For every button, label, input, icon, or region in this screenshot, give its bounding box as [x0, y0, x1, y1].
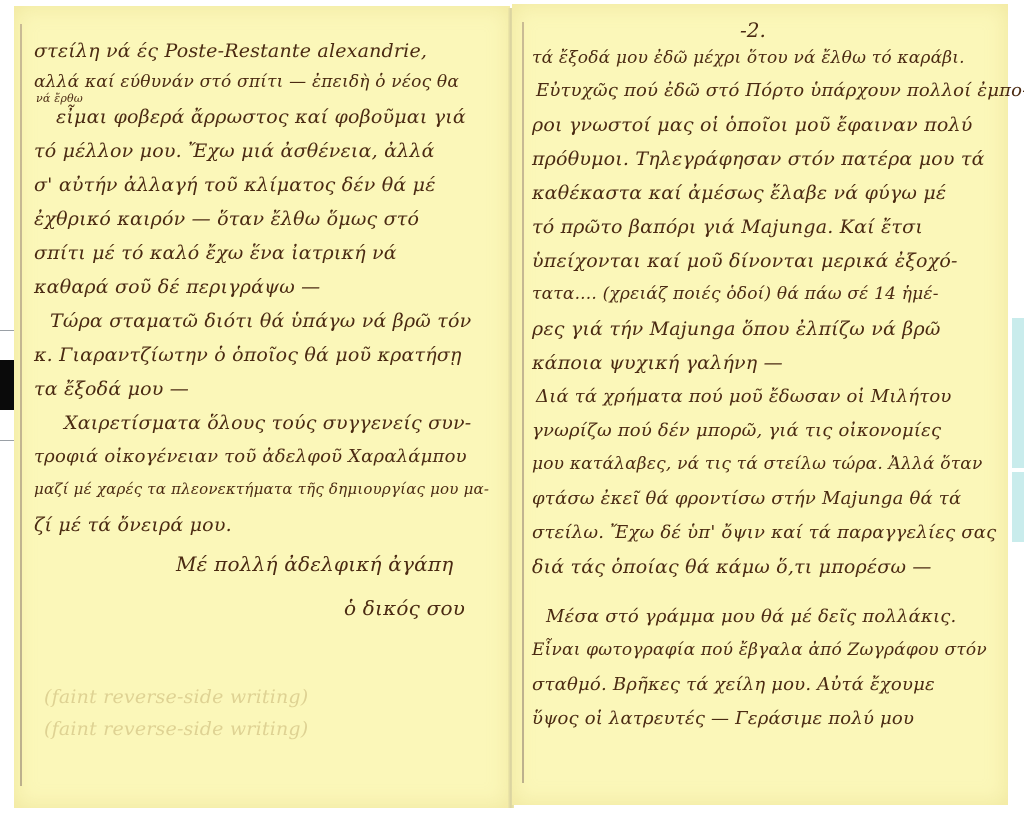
text-line: φτάσω ἐκεῖ θά φροντίσω στήν Majunga θά τ…: [532, 488, 961, 509]
text-line: εἶμαι φοβερά ἄρρωστος καί φοβοῦμαι γιά: [56, 106, 466, 128]
text-line: τατα.... (χρειάζ ποιές ὁδοί) θά πάω σέ 1…: [532, 284, 939, 304]
text-line: Διά τά χρήματα πού μοῦ ἔδωσαν οἱ Μιλήτου: [536, 386, 952, 407]
text-line: Χαιρετίσματα ὅλους τούς συγγενείς συν-: [64, 412, 471, 434]
text-line: διά τάς ὁποίας θά κάμω ὅ,τι μπορέσω —: [532, 556, 932, 578]
closing-salutation: Μέ πολλή ἀδελφική ἀγάπη: [176, 552, 453, 576]
bleed-through-text: (faint reverse-side writing): [44, 686, 308, 708]
text-line: κ. Γιαραντζίωτην ὁ ὁποῖος θά μοῦ κρατήσῃ: [34, 344, 462, 366]
text-line: σπίτι μέ τό καλό ἔχω ἕνα ἰατρική νά: [34, 242, 397, 264]
text-line: μαζί μέ χαρές τα πλεονεκτήματα τῆς δημιο…: [34, 480, 489, 498]
text-line: ὑπείχονται καί μοῦ δίνονται μερικά ἐξοχό…: [532, 250, 958, 272]
text-line: ρες γιά τήν Majunga ὅπου ἐλπίζω νά βρῶ: [532, 318, 941, 340]
text-line: ἐχθρικό καιρόν — ὅταν ἔλθω ὅμως στό: [34, 208, 419, 230]
pencil-margin-line: [20, 24, 22, 786]
text-line: στείλη νά ές Poste-Restante alexandrie,: [34, 40, 427, 62]
scanner-cyan-edge-bottom: [1012, 472, 1024, 542]
text-line: Εἶναι φωτογραφία πού ἔβγαλα ἀπό Ζωγράφου…: [532, 640, 987, 660]
bleed-through-text: (faint reverse-side writing): [44, 718, 308, 740]
letter-page-left: στείλη νά ές Poste-Restante alexandrie, …: [14, 6, 510, 808]
text-line: τα ἔξοδά μου —: [34, 378, 189, 400]
margin-annotation: νά ἔρθω: [36, 92, 83, 105]
signature: ὁ δικός σου: [344, 596, 465, 620]
scanner-cyan-edge-top: [1012, 318, 1024, 468]
text-line: ὕψος οἱ λατρευτές — Γεράσιμε πολύ μου: [532, 708, 914, 729]
text-line: κάποια ψυχική γαλήνη —: [532, 352, 783, 374]
text-line: πρόθυμοι. Τηλεγράφησαν στόν πατέρα μου τ…: [532, 148, 985, 170]
text-line: Εὐτυχῶς πού ἐδῶ στό Πόρτο ὑπάρχουν πολλο…: [536, 80, 1024, 101]
text-line: αλλά καί εύθυνάν στό σπίτι — ἐπειδὴ ὁ νέ…: [34, 72, 459, 92]
scanner-black-bar: [0, 360, 14, 410]
text-line: τό πρῶτο βαπόρι γιά Majunga. Καί ἔτσι: [532, 216, 923, 238]
text-line: ζί μέ τά ὄνειρά μου.: [34, 514, 232, 536]
text-line: τό μέλλον μου. Ἔχω μιά ἀσθένεια, ἀλλά: [34, 140, 435, 162]
text-line: σταθμό. Βρῆκες τά χείλη μου. Αὐτά ἔχουμε: [532, 674, 935, 695]
text-line: Τώρα σταματῶ διότι θά ὑπάγω νά βρῶ τόν: [50, 310, 471, 332]
text-line: σ' αὐτήν ἀλλαγή τοῦ κλίματος δέν θά μέ: [34, 174, 436, 196]
text-line: Μέσα στό γράμμα μου θά μέ δεῖς πολλάκις.: [546, 606, 956, 627]
page-number: -2.: [740, 18, 766, 42]
text-line: στείλω. Ἔχω δέ ὑπ' ὄψιν καί τά παραγγελί…: [532, 522, 996, 543]
letter-page-right: -2. τά ἔξοδά μου ἐδῶ μέχρι ὅτου νά ἔλθω …: [512, 4, 1008, 805]
text-line: καθαρά σοῦ δέ περιγράψω —: [34, 276, 320, 298]
text-line: καθέκαστα καί ἀμέσως ἔλαβε νά φύγω μέ: [532, 182, 946, 204]
text-line: μου κατάλαβες, νά τις τά στείλω τώρα. Ἀλ…: [532, 454, 983, 474]
text-line: ροι γνωστοί μας οἱ ὁποῖοι μοῦ ἔφαιναν πο…: [532, 114, 972, 136]
text-line: τά ἔξοδά μου ἐδῶ μέχρι ὅτου νά ἔλθω τό κ…: [532, 48, 965, 68]
text-line: γνωρίζω πού δέν μπορῶ, γιά τις οἰκονομίε…: [532, 420, 941, 441]
text-line: τροφιά οἰκογένειαν τοῦ ἀδελφοῦ Χαραλάμπο…: [34, 446, 467, 467]
pencil-margin-line: [522, 22, 524, 783]
